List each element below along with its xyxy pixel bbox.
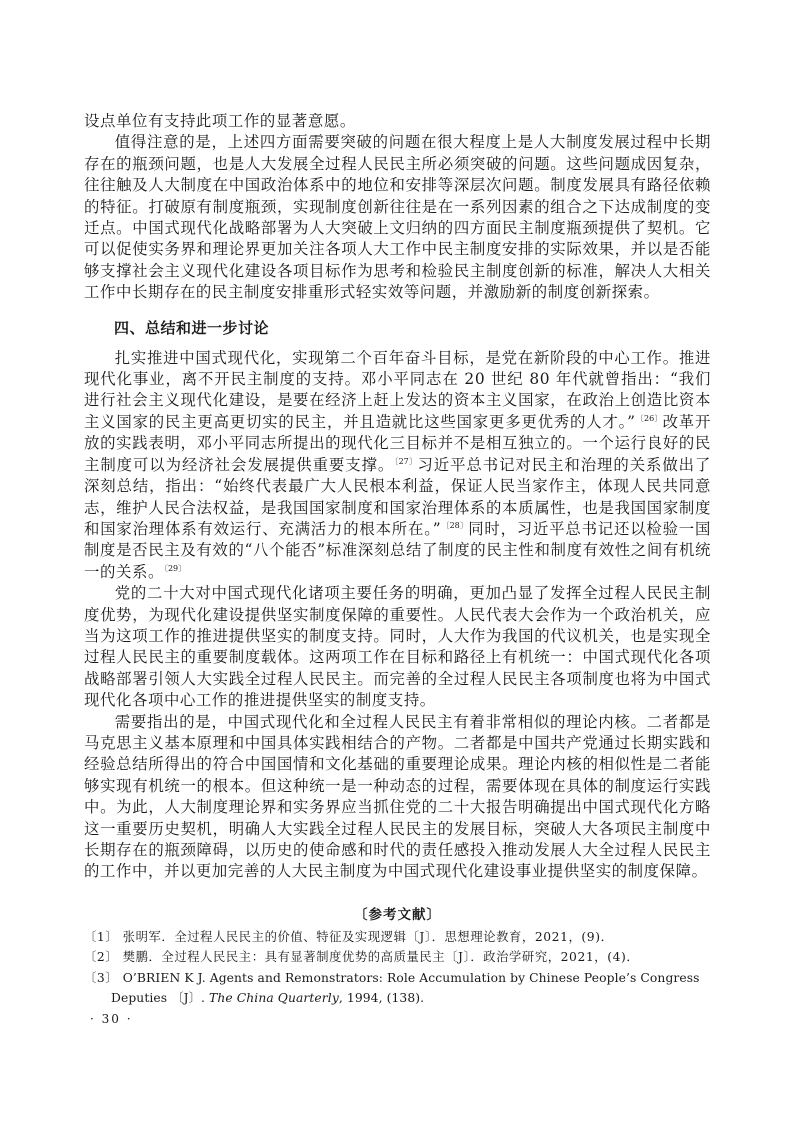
- reference-text: 张明军．全过程人民民主的价值、特征及实现逻辑〔J〕．思想理论教育，2021，(9…: [123, 930, 614, 944]
- section-heading: 四、总结和进一步讨论: [84, 318, 711, 339]
- reference-number: 〔1〕: [84, 930, 118, 944]
- reference-number: 〔2〕: [84, 950, 118, 964]
- paragraph-modernization-democracy: 扎实推进中国式现代化，实现第二个百年奋斗目标，是党在新阶段的中心工作。推进现代化…: [84, 348, 711, 583]
- citation-28[interactable]: 〔28〕: [441, 521, 468, 530]
- reference-number: 〔3〕: [84, 971, 118, 985]
- page-number: · 30 ·: [90, 1012, 133, 1026]
- paragraph-text: 扎实推进中国式现代化，实现第二个百年奋斗目标，是党在新阶段的中心工作。推进现代化…: [84, 349, 711, 431]
- reference-text: 樊鹏．全过程人民民主：具有显著制度优势的高质量民主〔J〕．政治学研究，2021，…: [123, 950, 640, 964]
- paragraph-twentieth-congress: 党的二十大对中国式现代化诸项主要任务的明确，更加凸显了发挥全过程人民民主制度优势…: [84, 583, 711, 711]
- reference-item-2: 〔2〕 樊鹏．全过程人民民主：具有显著制度优势的高质量民主〔J〕．政治学研究，2…: [84, 947, 711, 968]
- article-page: 设点单位有支持此项工作的显著意愿。 值得注意的是，上述四方面需要突破的问题在很大…: [84, 111, 711, 1009]
- paragraph-continuation: 设点单位有支持此项工作的显著意愿。: [84, 111, 711, 132]
- reference-text-tail: , 1994, (138).: [339, 991, 424, 1005]
- paragraph-bottleneck-discussion: 值得注意的是，上述四方面需要突破的问题在很大程度上是人大制度发展过程中长期存在的…: [84, 132, 711, 303]
- references-title: 〔参考文献〕: [84, 903, 711, 923]
- citation-27[interactable]: 〔27〕: [394, 457, 417, 466]
- reference-journal: The China Quarterly: [209, 991, 339, 1005]
- reference-item-3: 〔3〕 O’BRIEN K J. Agents and Remonstrator…: [84, 968, 711, 1009]
- reference-item-1: 〔1〕 张明军．全过程人民民主的价值、特征及实现逻辑〔J〕．思想理论教育，202…: [84, 927, 711, 948]
- paragraph-theoretical-core: 需要指出的是，中国式现代化和全过程人民民主有着非常相似的理论内核。二者都是马克思…: [84, 712, 711, 883]
- citation-29[interactable]: 〔29〕: [164, 564, 186, 573]
- citation-26[interactable]: 〔26〕: [636, 414, 663, 423]
